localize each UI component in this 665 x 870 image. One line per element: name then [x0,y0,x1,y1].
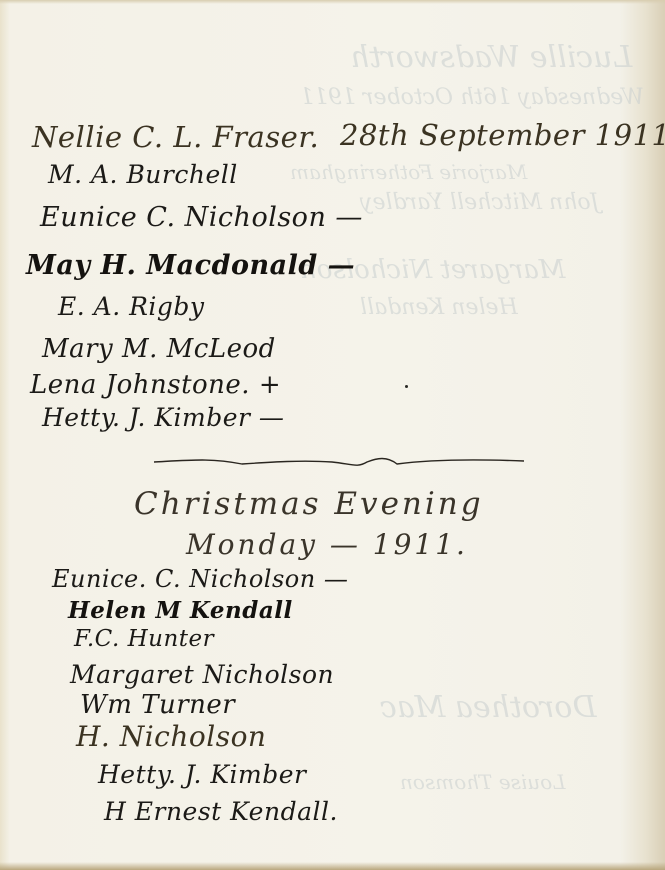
signature: M. A. Burchell [48,160,238,189]
bleed-through-text: John Mitchell Yardley [360,190,599,215]
signature: Eunice C. Nicholson — [40,202,363,233]
signature: E. A. Rigby [58,292,205,321]
signature: H. Nicholson [76,720,266,753]
signature: Mary M. McLeod [42,334,276,364]
signature: Wm Turner [80,690,235,720]
signature: F.C. Hunter [74,626,214,652]
header-date: 28th September 1911 [340,118,665,152]
signature: May H. Macdonald — [26,250,355,281]
bleed-through-text: Dorothea Mac [380,690,596,725]
signature: Lena Johnstone. + [30,370,281,400]
bleed-through-text: Louise Thomson [400,770,565,794]
section-subtitle: Monday — 1911. [186,528,468,561]
signature: Margaret Nicholson [70,660,334,689]
ink-speck [405,385,408,388]
signature: Hetty. J. Kimber [98,760,307,789]
section-title: Christmas Evening [134,486,484,522]
signature: Helen M Kendall [68,597,293,624]
signature: Eunice. C. Nicholson — [52,565,348,593]
bleed-through-text: Marjorie Fotheringham [290,160,527,184]
guest-book-page: Lucille Wadsworth Wednesday 16th October… [0,0,665,870]
bleed-through-text: Wednesday 16th October 1911 [300,85,644,110]
signature: H Ernest Kendall. [104,797,338,826]
bleed-through-text: Lucille Wadsworth [350,40,632,75]
header-name: Nellie C. L. Fraser. [32,120,319,154]
bleed-through-text: Helen Kendall [360,295,518,320]
signature: Hetty. J. Kimber — [42,403,284,432]
wavy-divider [152,452,526,476]
